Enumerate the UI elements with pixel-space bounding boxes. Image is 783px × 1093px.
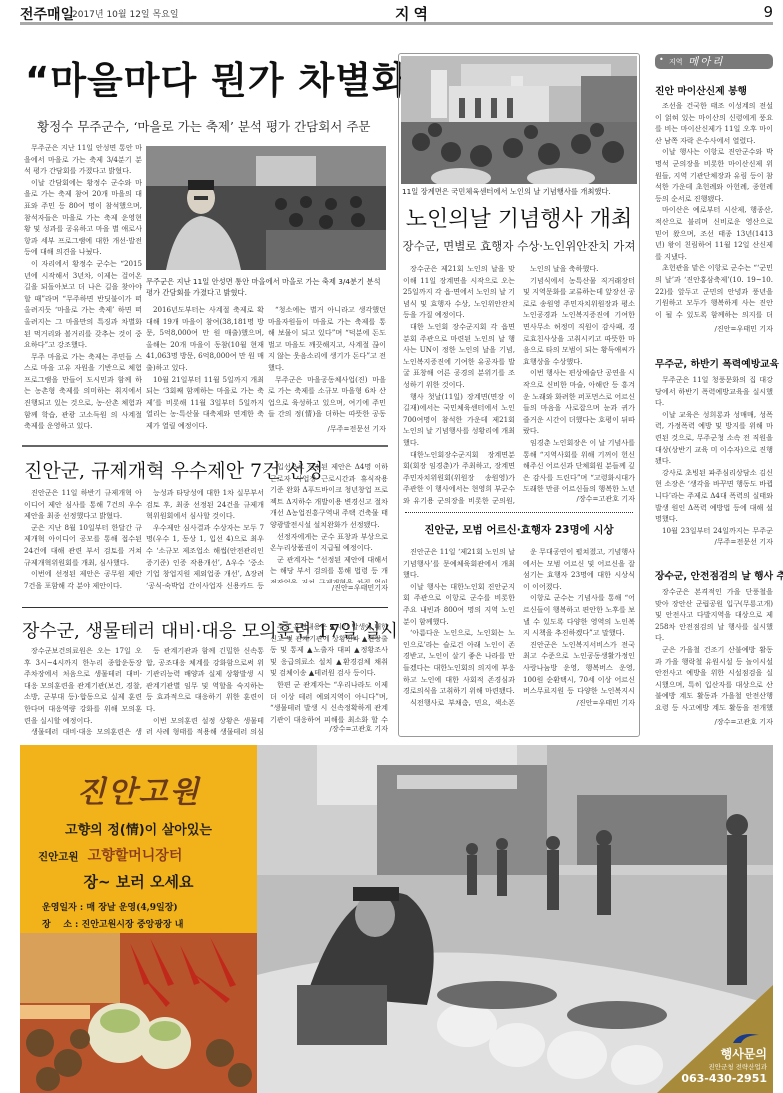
elderly-photo-caption: 11일 장계면은 국민체육센터에서 노인의 날 기념행사를 개최했다. [402, 186, 638, 197]
masthead-rule [20, 22, 773, 25]
model-elders-column-2: 운 무대공연이 펼쳐졌고, 기념행사에서는 모범 어르신 및 어르신을 잘 섬기… [523, 546, 635, 698]
paragraph: 이날 행사는 대한노인회 진안군지회 주관으로 이항로 군수를 비롯한 주요 내… [403, 581, 515, 627]
paragraph: 행사 첫날(11일) 장계면(면장 이길재)에서는 국민체육센터에서 노인 70… [403, 391, 515, 449]
sidebar-item-body: 조선을 건국한 태조 이성계의 전설이 얽혀 있는 마이산의 신령에게 풍요를 … [655, 100, 773, 322]
sidebar-item-headline: 무주군, 하반기 폭력예방교육 실시 [655, 356, 783, 370]
meeting-photo-illustration [146, 146, 386, 270]
ad-line-2-prefix: 진안고원 [38, 851, 79, 863]
elderly-headline: 노인의날 기념행사 개최 [398, 202, 640, 233]
event-hall-photo-illustration [401, 56, 637, 184]
lead-photo [146, 146, 386, 270]
paragraph: 이 자리에서 황정수 군수는 “2015년에 시작해서 3년차, 이제는 걸어온… [24, 258, 142, 351]
county-logo-icon [731, 1030, 761, 1044]
regulation-byline: /진안=우태민기자 [270, 583, 388, 593]
sidebar-item-body: 장수군은 본격적인 가을 단풍철을 맞아 장안산 군립공원 입구(무룡고개) 및… [655, 586, 773, 716]
ad-location-label: 장 소 [42, 920, 72, 930]
ad-contact-org: 진안군청 전략산업과 [657, 1062, 767, 1071]
paragraph: “청소에는 별거 아니라고 생각했던 마을자원들이 마을로 가는 축제를 통해 … [268, 304, 386, 374]
paragraph: 초헌관을 맡은 이항로 군수는 “‘군민의 날’과 ‘진안홍삼축제’(10. 1… [655, 262, 773, 322]
elderly-byline: /장수=고관호 기자 [523, 494, 635, 504]
ad-line-1: 고향의 정(情)이 살아있는 [20, 819, 257, 838]
paragraph: 이번 행사는 편상예술단 공연을 시작으로 신비한 마술, 아해란 등 흥겨운 … [523, 367, 635, 437]
paragraph: 이번 모의훈련 설정 상황은 생물테러 사례 형태를 적용해 생물테러 의심 상… [146, 715, 264, 735]
paragraph: 진안군은 11일 ‘제21회 노인의 날 기념행사’를 문예체육회관에서 개최했… [403, 546, 515, 581]
issue-date: 2017년 10월 12일 목요일 [72, 7, 179, 20]
paragraph: 무주군은 지난 11일 안성면 통안 마을에서 마을로 가는 축제 3/4분기 … [24, 142, 142, 177]
paragraph: 기념식에서 농특산물 직거래장터 및 지역문화를 교류하는데 앞장선 공로로 송… [523, 275, 635, 368]
sidebar-label-small: 지역 [669, 57, 683, 67]
paragraph: 선정자에게는 군수 표창과 부상으로 온누리상품권이 지급될 예정이다. [270, 531, 388, 554]
elderly-column-1: 장수군은 제21회 노인의 날을 맞이해 11일 장계면을 시작으로 오는 25… [403, 263, 515, 505]
paragraph: 무주 마을로 가는 축제는 주민들 스스로 마을 고유 자원을 기반으로 체험 … [24, 351, 142, 432]
paragraph: 강사로 초빙된 파주심리상담소 김신현 소장은 ‘생각을 바꾸면 행동도 바뀝니… [655, 467, 773, 525]
produce-photo-illustration [20, 933, 257, 1093]
market-advertisement: 진안고원 고향의 정(情)이 살아있는 진안고원 고향할머니장터 장~ 보러 오… [20, 745, 773, 1093]
paragraph: 10월 21일부터 11월 5일까지 개최되는 ‘3회째 함께하는 마을로 가는… [146, 374, 264, 432]
paragraph: 우수제안 심사결과 수상자는 모두 7명(우수 1, 동상 1, 입선 4)으로… [146, 522, 264, 591]
page-number: 9 [763, 3, 773, 21]
paragraph: 주요 훈련내용은 ▲시간 발생에 대한 신고 및 관계기관에 상황전파 ▲현장출… [270, 621, 388, 679]
regulation-column-2: 능성과 타당성에 대한 1차 실무부서 검토 후, 최종 선정된 24건을 규제… [146, 487, 264, 591]
section-divider [22, 445, 388, 447]
paragraph: ‘아름다운 노인으로, 노인회는 노인으로’라는 슬로건 아래 노인이 존경받고… [403, 627, 515, 697]
bioterror-byline: /장수=고관호 기자 [270, 724, 388, 734]
ad-yellow-panel: 진안고원 고향의 정(情)이 살아있는 진안고원 고향할머니장터 장~ 보러 오… [20, 745, 257, 1093]
paragraph: 입선으로 선정된 제안은 Δ4명 이하 근로자 사업장 근로시간과 휴식작용 기… [270, 461, 388, 531]
ad-calligraphy-logo: 진안고원 [20, 767, 257, 811]
paragraph: 이번에 선정된 제안은 공무원 제안 7건을 포함해 각 분야 제안이다. [24, 568, 142, 591]
sidebar-item-byline: /장수=고관호 기자 [655, 717, 773, 727]
sidebar-label-big: 메아리 [688, 54, 724, 69]
paragraph: 대한 노인회 장수군지회 각 읍면 분회 주관으로 마련된 노인의 날 행사는 … [403, 321, 515, 391]
paragraph: 이날 행사는 이항로 진안군수와 박명석 군의장을 비롯한 마이산신제 위원들,… [655, 146, 773, 204]
bioterror-column-1: 장수군보건의료원은 오는 17일 오후 3시~4시까지 한누리 종합운동장 주차… [24, 645, 142, 735]
bioterror-column-3: 주요 훈련내용은 ▲시간 발생에 대한 신고 및 관계기관에 상황전파 ▲현장출… [270, 621, 388, 725]
paragraph: 진안군은 노인복지서비스가 전국 최고 수준으로 노인공동생활가정인 사랑나눔방… [523, 639, 635, 698]
paragraph: 이항로 군수는 기념사를 통해 “어르신들이 행복하고 편안한 노후를 보낼 수… [523, 592, 635, 638]
sidebar-item-headline: 장수군, 안전점검의 날 행사 추진 [655, 568, 783, 582]
section-divider [22, 607, 388, 608]
paragraph: 생물테러 대비·대응 모의훈련은 생물테러 발생시 보건, 경찰, 소방, 군 [24, 726, 142, 735]
section-name: 지역 [395, 3, 432, 24]
ad-line-2-title: 고향할머니장터 [88, 848, 183, 864]
market-street-photo-illustration [257, 745, 773, 1093]
ad-location-value: 진안고원시장 중앙광장 내 [82, 920, 184, 930]
paragraph: 능성과 타당성에 대한 1차 실무부서 검토 후, 최종 선정된 24건을 규제… [146, 487, 264, 522]
sidebar-banner: • 지역 메아리 [655, 54, 773, 69]
ad-schedule: 운영일자 : 매 장날 운영(4,9일장) [42, 900, 178, 913]
paragraph: 무주군은 11일 청풍문화의 집 대강당에서 하반기 폭력예방교육을 실시했다. [655, 374, 773, 409]
paragraph: 마이산은 예로부터 시산제, 행종산, 적산으로 불리며 신비로운 영산으로 믿… [655, 204, 773, 262]
dotted-divider [405, 512, 633, 513]
lead-column-3: “청소에는 별거 아니라고 생각했던 마을자원들이 마을로 가는 축제를 통해 … [268, 304, 386, 422]
paragraph: 장수군은 제21회 노인의 날을 맞이해 11일 장계면을 시작으로 오는 25… [403, 263, 515, 321]
paragraph: 한편 군 관계자는 “우리나라도 이제 더 이상 테러 예외지역이 아니다”며,… [270, 679, 388, 725]
paragraph: 대한노인회장수군지회 장계면분회(회장 임경춘)가 주최하고, 장계면주민자치위… [403, 449, 515, 506]
lead-photo-caption: 무주군은 지난 11일 안성면 통안 마을에서 마을로 가는 축제 3/4분기 … [146, 276, 386, 298]
paragraph: 등 관계기관과 함께 긴밀한 신속통합, 공조대응 체계를 강화함으로써 위기관… [146, 645, 264, 715]
paragraph: 진안군은 11일 하반기 규제개혁 아이디어 제안 심사를 통해 7건의 우수제… [24, 487, 142, 522]
paragraph: 10월 23일부터 24일까지는 무주군 성희롱(성폭력) 고충 상담위원 등과… [655, 525, 773, 536]
lead-byline: /무주=전문선 기자 [268, 424, 386, 434]
sidebar-item-headline: 진안 마이산신제 봉행 [655, 83, 747, 97]
model-elders-byline: /진안=우태민 기자 [523, 698, 635, 708]
sidebar-item-byline: /무주=전문선 기자 [655, 537, 773, 547]
paragraph: 이날 간담회에는 황정수 군수와 마을로 가는 축제 참여 20개 마을의 대표… [24, 177, 142, 258]
paragraph: 장수군은 본격적인 가을 단풍철을 맞아 장안산 군립공원 입구(무룡고개) 및… [655, 586, 773, 644]
model-elders-headline: 진안군, 모범 어르신·효행자 23명에 시상 [398, 522, 640, 537]
model-elders-column-1: 진안군은 11일 ‘제21회 노인의 날 기념행사’를 문예체육회관에서 개최했… [403, 546, 515, 706]
ad-market-photo: 행사문의 진안군청 전략산업과 063-430-2951 [257, 745, 773, 1093]
paragraph: 마을로 가는 축제 참여 주민들은 [146, 432, 264, 434]
elderly-subheadline: 장수군, 면별로 효행자 수상·노인위안잔치 가져 [398, 238, 640, 254]
ad-contact-phone: 063-430-2951 [647, 1072, 767, 1085]
sidebar-item-body: 무주군은 11일 청풍문화의 집 대강당에서 하반기 폭력예방교육을 실시했다.… [655, 374, 773, 536]
paragraph: 무주군은 마을공동체사업(진) 마을로 가는 축제를 소규모 마을형 6차 산업… [268, 374, 386, 422]
regulation-column-1: 진안군은 11일 하반기 규제개혁 아이디어 제안 심사를 통해 7건의 우수제… [24, 487, 142, 591]
lead-column-1: 무주군은 지난 11일 안성면 통안 마을에서 마을로 가는 축제 3/4분기 … [24, 142, 142, 434]
paragraph: 식전행사로 부채춤, 민요, 색소폰 연주 등 어르신들을 위한 흥겨 [403, 697, 515, 706]
masthead: 전주매일 2017년 10월 12일 목요일 지역 9 [20, 0, 773, 22]
lead-column-2: 2016년도부터는 사계절 축제로 확대해 19개 마을이 참여(38,181명… [146, 304, 264, 434]
paragraph: 운 무대공연이 펼쳐졌고, 기념행사에서는 모범 어르신 및 어르신을 잘 섬기… [523, 546, 635, 592]
regulation-column-3: 입선으로 선정된 제안은 Δ4명 이하 근로자 사업장 근로시간과 휴식작용 기… [270, 461, 388, 583]
paragraph: 2016년도부터는 사계절 축제로 확대해 19개 마을이 참여(38,181명… [146, 304, 264, 374]
paragraph: 군은 가을철 건조기 산불예방 활동과 가을 행락철 유원시설 등 놀이시설 안… [655, 644, 773, 716]
elderly-column-2: 노인의 날을 축하했다. 기념식에서 농특산물 직거래장터 및 지역문화를 교류… [523, 263, 635, 493]
elderly-event-photo [401, 56, 637, 184]
paragraph: 조선을 건국한 태조 이성계의 전설이 얽혀 있는 마이산의 신령에게 풍요를 … [655, 100, 773, 146]
paragraph: 임경춘 노인회장은 이 날 기념사를 통해 “지역사회를 위해 기꺼이 헌신해주… [523, 437, 635, 493]
ad-line-2: 진안고원 고향할머니장터 [38, 845, 257, 865]
bioterror-column-2: 등 관계기관과 함께 긴밀한 신속통합, 공조대응 체계를 강화함으로써 위기관… [146, 645, 264, 735]
ad-line-3: 장~ 보러 오세요 [20, 871, 257, 892]
paragraph: 노인의 날을 축하했다. [523, 263, 635, 275]
paragraph: 무주군에 따르면 군청 첫 해인 2015년에는 11개 마을이 참여했으며 1… [24, 432, 142, 434]
paragraph: 군은 지난 8월 10일부터 한달간 규제개혁 아이디어 공모를 통해 접수된 … [24, 522, 142, 568]
paragraph: 군 관계자는 “선정된 제안에 대해서는 해당 부서 검의를 통해 법령 등 개… [270, 554, 388, 583]
sidebar-item-byline: /진안=우태민 기자 [655, 324, 773, 334]
ad-location: 장 소 : 진안고원시장 중앙광장 내 [42, 917, 183, 930]
ad-schedule-value: 매 장날 운영(4,9일장) [86, 903, 177, 913]
ad-contact-title: 행사문의 [657, 1045, 767, 1062]
paragraph: 이날 교육은 성희롱과 성매매, 성폭력, 가정폭력 예방 및 방지를 위해 마… [655, 409, 773, 467]
lead-subheadline: 황정수 무주군수, ‘마을로 가는 축제’ 분석 평가 간담회서 주문 [37, 117, 371, 135]
ad-schedule-label: 운영일자 [42, 903, 77, 913]
newspaper-brand: 전주매일 [20, 4, 74, 24]
paragraph: 장수군보건의료원은 오는 17일 오후 3시~4시까지 한누리 종합운동장 주차… [24, 645, 142, 726]
bullet-icon: • [659, 55, 664, 64]
